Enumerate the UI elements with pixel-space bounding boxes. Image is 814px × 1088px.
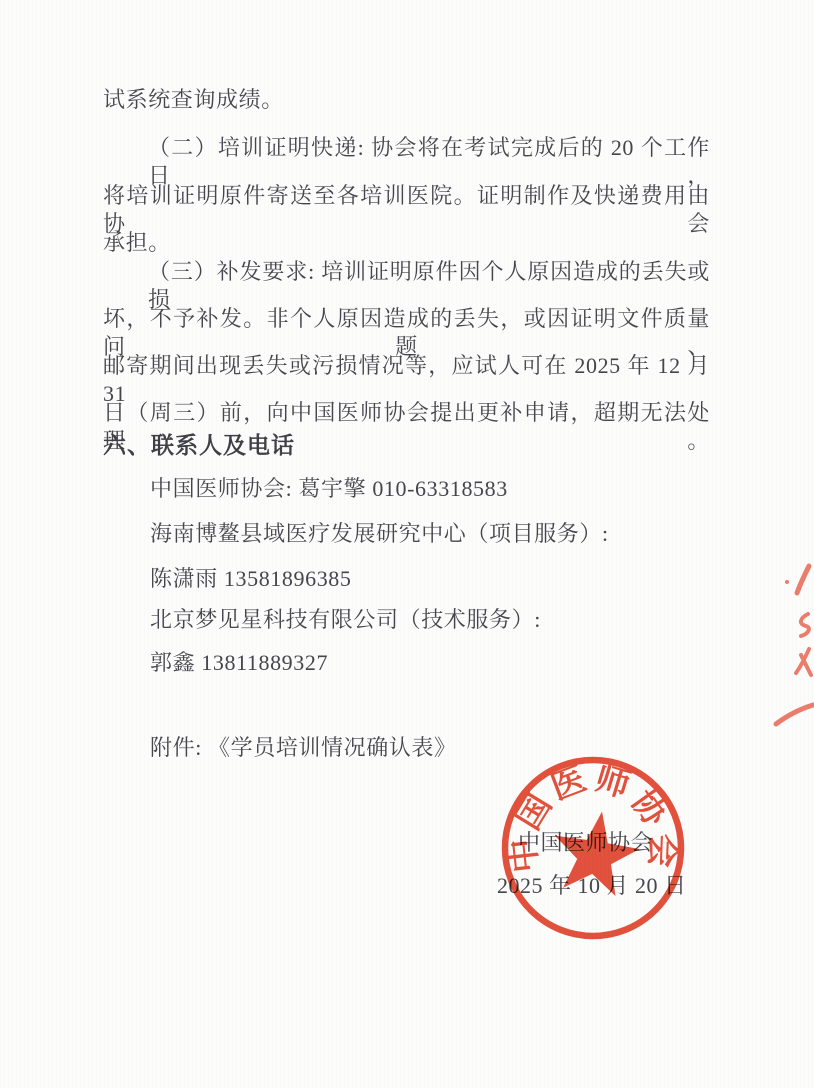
contact-line: 陈潇雨 13581896385: [150, 565, 352, 593]
body-line: 承担。: [103, 229, 171, 257]
contact-line: 郭鑫 13811889327: [150, 649, 328, 677]
partial-stamp-fragment: [768, 552, 814, 737]
body-line: 试系统查询成绩。: [103, 86, 284, 114]
contact-line: 北京梦见星科技有限公司（技术服务）:: [150, 606, 541, 634]
signature-date: 2025 年 10 月 20 日: [497, 872, 687, 900]
svg-text:中国医师协会: 中国医师协会: [504, 759, 682, 875]
section-heading: 六、联系人及电话: [103, 431, 295, 459]
body-line: 将培训证明原件寄送至各培训医院。证明制作及快递费用由协会: [103, 182, 710, 238]
document-page: 试系统查询成绩。 （二）培训证明快递: 协会将在考试完成后的 20 个工作日， …: [0, 0, 814, 1088]
attachment-line: 附件: 《学员培训情况确认表》: [150, 734, 457, 762]
stamp-arc-text: 中国医师协会: [504, 759, 682, 875]
signature-organization: 中国医师协会: [518, 829, 653, 857]
contact-line: 中国医师协会: 葛宇擎 010-63318583: [150, 475, 508, 503]
contact-line: 海南博鳌县域医疗发展研究中心（项目服务）:: [150, 520, 609, 548]
